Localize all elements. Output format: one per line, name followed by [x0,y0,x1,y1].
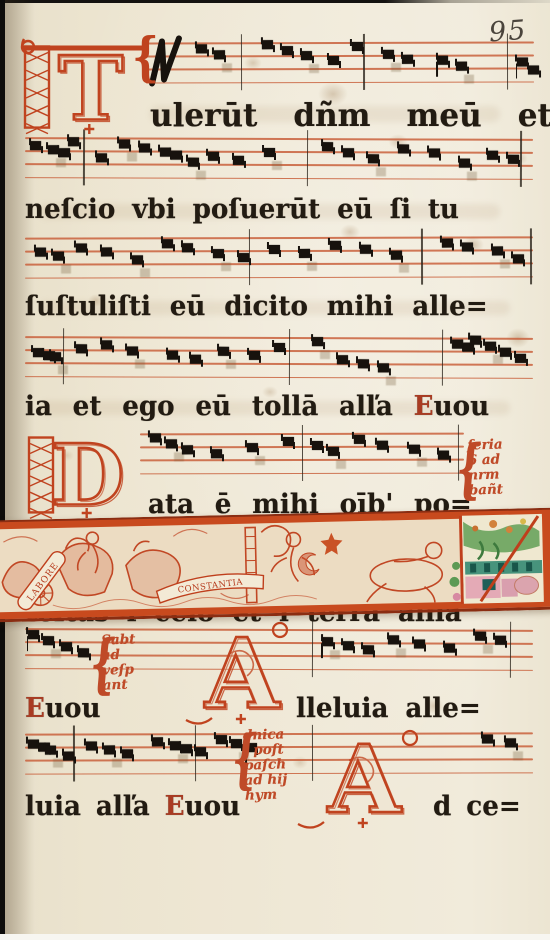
neume [274,343,285,352]
staff-line [146,81,534,84]
music-staff: { [146,41,534,82]
staff-line [146,68,534,71]
neume [181,744,192,753]
neume [528,65,539,74]
neume [104,745,115,754]
neume [312,441,323,450]
svg-text:T: T [58,36,123,138]
neume [218,347,229,356]
neume [378,363,389,372]
barline [520,131,521,187]
music-staff [25,236,533,277]
sabbato-rubric: {Sabtadveſpant [101,632,137,694]
neume [301,51,312,60]
neume [182,243,193,252]
chant-text: luia alľa [25,791,165,822]
show-through-neume [336,460,346,469]
neume [495,636,506,645]
neume [402,55,413,64]
show-through-neume [464,75,474,84]
neume [215,735,226,744]
neume [195,747,206,756]
neume [337,355,348,364]
neume [485,342,496,351]
neume [262,40,273,49]
neume [283,437,294,446]
neume [330,241,341,250]
neume [30,141,41,150]
neume [500,348,511,357]
neume [508,155,519,164]
neume [429,149,440,158]
neume [233,156,244,165]
neume [459,159,470,168]
neume [505,738,516,747]
initial-art: DD [24,426,138,522]
chant-text-line: ulerūt dñm meū et [150,96,550,134]
rubric-paraph: { [89,629,117,702]
neume [515,354,526,363]
scan-bottom-edge [0,934,550,940]
neume [391,251,402,260]
neume [101,247,112,256]
barline [312,621,313,677]
show-through-neume [376,167,386,176]
neume [414,639,425,648]
neume [487,151,498,160]
neume [282,46,293,55]
neume [182,445,193,454]
neume [59,148,70,157]
show-through-neume [417,458,427,467]
svg-text:D: D [51,426,124,522]
chant-text-line: luia alľa Euou [25,791,240,822]
initial-art: TT [20,34,146,138]
show-through-neume [500,259,510,268]
neume [383,50,394,59]
neume [190,355,201,364]
staff-line [146,55,534,58]
show-through-neume [221,262,231,271]
barline [441,330,442,386]
neume [360,245,371,254]
decorated-initial-A: AA [288,722,424,832]
neume [368,154,379,163]
feria-rubric: {feria6 adnrmbañt [467,437,504,499]
chant-text: d ce= [433,791,521,822]
chant-text-line: neſcio vbi poſuerūt eū ſi tu [25,194,459,225]
show-through-neume [112,758,122,767]
show-through-neume [307,262,317,271]
decorated-initial-T: TT [20,34,146,138]
show-through-neume [391,63,401,72]
barline [302,425,303,481]
neume [122,749,133,758]
neume [208,152,219,161]
neume [398,144,409,153]
neume [101,340,112,349]
barline [63,328,64,384]
neume [211,449,222,458]
chant-text: neſcio vbi poſuerūt eū ſi tu [25,194,459,225]
neume [354,435,365,444]
chant-text-line: ia et ego eū tollā alľa Euou [25,391,489,422]
chant-text: uou [434,391,490,422]
svg-text:A: A [204,617,281,728]
neume [269,245,280,254]
neume [343,148,354,157]
neume [249,351,260,360]
staff-line [25,276,533,279]
neume [196,44,207,53]
show-through-neume [195,171,205,180]
neume [482,734,493,743]
barline [241,34,242,90]
neume [150,433,161,442]
neume [76,344,87,353]
show-through-neume [58,365,68,374]
neume [322,637,333,646]
show-through-neume [386,376,396,385]
neume [352,42,363,51]
barline [510,622,511,678]
red-versal-letter: E [165,791,185,822]
decorated-border-band: LABORE CONSTANTIA [0,508,550,623]
neume [312,337,323,346]
neume-stem [436,62,438,77]
neume [470,336,481,345]
music-staff [25,336,533,378]
neume [299,249,310,258]
neume [63,752,74,761]
svg-text:A: A [327,725,402,832]
neume [388,635,399,644]
show-through-neume [330,650,340,659]
staff-line [25,177,533,180]
barline [307,130,308,186]
neume [127,346,138,355]
show-through-neume [56,158,66,167]
neume [264,148,275,157]
neume [247,443,258,452]
neume [68,137,79,146]
neume [238,253,249,262]
neume [132,255,143,264]
chant-text: uou [185,791,241,822]
neume [28,630,39,639]
show-through-neume [320,350,330,359]
neume [441,239,452,248]
neume [437,56,448,65]
painted-fragment [448,510,550,608]
chant-text: lleluia alle= [296,693,481,724]
show-through-neume [61,265,71,274]
red-versal-letter: E [25,693,45,724]
neume-stem [321,643,323,658]
chant-text: ia et ego eū tollā alľa [25,391,414,422]
staff-line [25,363,533,366]
neume [78,648,89,657]
neume [188,158,199,167]
neume-stem [27,636,29,651]
neume [492,246,503,255]
decorated-initial-D: DD [24,426,138,522]
neume [213,249,224,258]
chant-text-line: lleluia alle= [296,693,481,724]
music-staff [25,137,533,179]
show-through-neume [483,645,493,654]
show-through-neume [51,649,61,658]
neume [363,645,374,654]
neume [50,352,61,361]
neume [462,242,473,251]
neume [438,451,449,460]
chant-text-line: d ce= [433,791,521,822]
neume [475,632,486,641]
chant-text: ulerūt dñm meū et [150,96,550,134]
dominica-rubric: {dnicai poſtpaſchad hijhym [243,727,288,804]
neume [76,244,87,253]
show-through-neume [53,759,63,768]
barline [289,329,290,385]
show-through-neume [467,172,477,181]
neume [322,142,333,151]
neume [342,641,353,650]
neume [167,351,178,360]
show-through-neume [396,648,406,657]
neume [139,144,150,153]
neume [96,153,107,162]
neume [43,636,54,645]
music-staff [140,433,464,474]
neume [358,359,369,368]
barline [530,228,531,284]
neume [61,642,72,651]
neume [328,56,339,65]
neume [513,254,524,263]
show-through-neume [399,264,409,273]
staff-line [25,263,533,266]
neume [35,248,46,257]
neume [214,50,225,59]
initial-art: AA [288,722,424,832]
neume [53,252,64,261]
show-through-neume [255,456,265,465]
neume [328,447,339,456]
red-versal-letter: E [414,391,434,422]
staff-line [25,376,533,379]
neume [119,139,130,148]
band-art: LABORE CONSTANTIA [0,508,550,623]
chant-text-line: ſuſtuliſti eū dicito mihi alle= [25,291,488,322]
chant-text: ſuſtuliſti eū dicito mihi alle= [25,291,488,322]
neume [171,151,182,160]
neume [86,741,97,750]
show-through-neume [222,63,232,72]
neume [456,62,467,71]
barline [421,229,422,285]
neume-stem [516,64,518,79]
neume [409,445,420,454]
manuscript-page: 95 { ulerūt dñm meū etneſcio vbi poſuerū… [0,0,550,940]
show-through-neume [309,64,319,73]
show-through-neume [513,751,523,760]
staff-line [25,236,533,239]
neume [45,746,56,755]
scan-top-edge [0,0,550,3]
show-through-neume [140,268,150,277]
rubric-paraph: { [455,434,483,507]
neume [152,737,163,746]
barline [507,34,508,90]
neume [444,644,455,653]
show-through-neume [226,360,236,369]
barline [363,34,364,90]
neume [376,441,387,450]
show-through-neume [127,152,137,161]
initial-art: AA [176,614,294,728]
rubric-paraph: { [231,724,259,797]
show-through-neume [272,161,282,170]
chant-text-line: Euou [25,693,101,724]
neume [162,239,173,248]
neume [166,439,177,448]
decorated-initial-A: AA [176,614,294,728]
show-through-neume [135,359,145,368]
show-through-neume [178,754,188,763]
